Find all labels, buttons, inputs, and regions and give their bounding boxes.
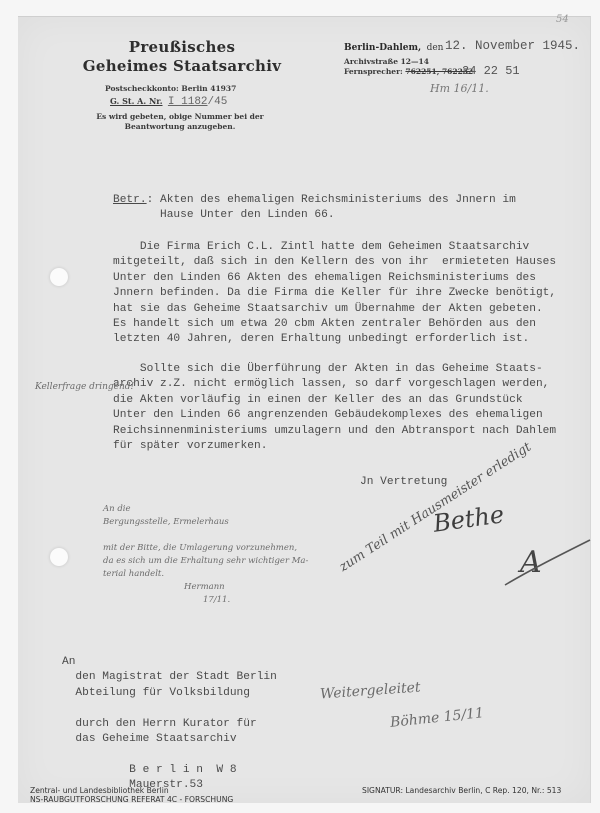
punch-hole-bottom xyxy=(50,548,68,566)
subject-line: Betr.: Akten des ehemaligen Reichsminist… xyxy=(113,193,516,224)
place-city: Berlin-Dahlem, xyxy=(344,43,421,53)
reference-note-line2: Beantwortung anzugeben. xyxy=(85,122,275,132)
place-den: den xyxy=(427,43,444,53)
handwritten-forwarding-note: An die Bergungsstelle, Ermelerhaus mit d… xyxy=(103,503,308,607)
signature-stroke-icon xyxy=(500,535,595,595)
closing-line: Jn Vertretung xyxy=(360,475,447,490)
phone-line: Fernsprecher: 762251, 762252 xyxy=(344,67,473,76)
footer-library-line1: Zentral- und Landesbibliothek Berlin xyxy=(30,786,233,795)
body-paragraph-2: Sollte sich die Überführung der Akten in… xyxy=(113,362,556,454)
body-paragraph-1: Die Firma Erich C.L. Zintl hatte dem Geh… xyxy=(113,240,556,348)
reference-year: /45 xyxy=(208,96,228,108)
subject-label: Betr. xyxy=(113,194,147,206)
folio-number: 54 xyxy=(556,14,569,25)
postscheck-account: Postscheckkonto: Berlin 41937 xyxy=(105,84,236,93)
letterhead-title-line1: Preußisches xyxy=(82,38,282,57)
subject-line2: Hause Unter den Linden 66. xyxy=(113,209,335,221)
phone-label: Fernsprecher: xyxy=(344,67,403,76)
reference-note-line1: Es wird gebeten, obige Nummer bei der xyxy=(85,112,275,122)
reference-note: Es wird gebeten, obige Nummer bei der Be… xyxy=(85,112,275,132)
subject-line1: Akten des ehemaligen Reichsministeriums … xyxy=(153,194,516,206)
reference-label: G. St. A. Nr. xyxy=(110,96,163,106)
place-line: Berlin-Dahlem, den xyxy=(344,43,443,53)
phone-new-number: 24 22 51 xyxy=(462,64,520,78)
footer-library-line2: NS-RAUBGUTFORSCHUNG REFERAT 4C - FORSCHU… xyxy=(30,795,233,804)
reference-value: I 1182 xyxy=(168,96,208,108)
footer-library: Zentral- und Landesbibliothek Berlin NS-… xyxy=(30,786,233,804)
street-address: Archivstraße 12—14 xyxy=(344,57,429,66)
letter-date: 12. November 1945. xyxy=(445,39,580,53)
footer-signature: SIGNATUR: Landesarchiv Berlin, C Rep. 12… xyxy=(362,786,561,795)
margin-handwritten-note: Kellerfrage dringend! xyxy=(35,382,134,392)
reference-number: G. St. A. Nr. I 1182/45 xyxy=(110,96,227,108)
recipient-address: An den Magistrat der Stadt Berlin Abteil… xyxy=(62,655,277,794)
handwritten-initials: Hm 16/11. xyxy=(430,82,489,95)
letterhead-title-line2: Geheimes Staatsarchiv xyxy=(82,57,282,76)
punch-hole-top xyxy=(50,268,68,286)
letterhead-title: Preußisches Geheimes Staatsarchiv xyxy=(82,38,282,76)
